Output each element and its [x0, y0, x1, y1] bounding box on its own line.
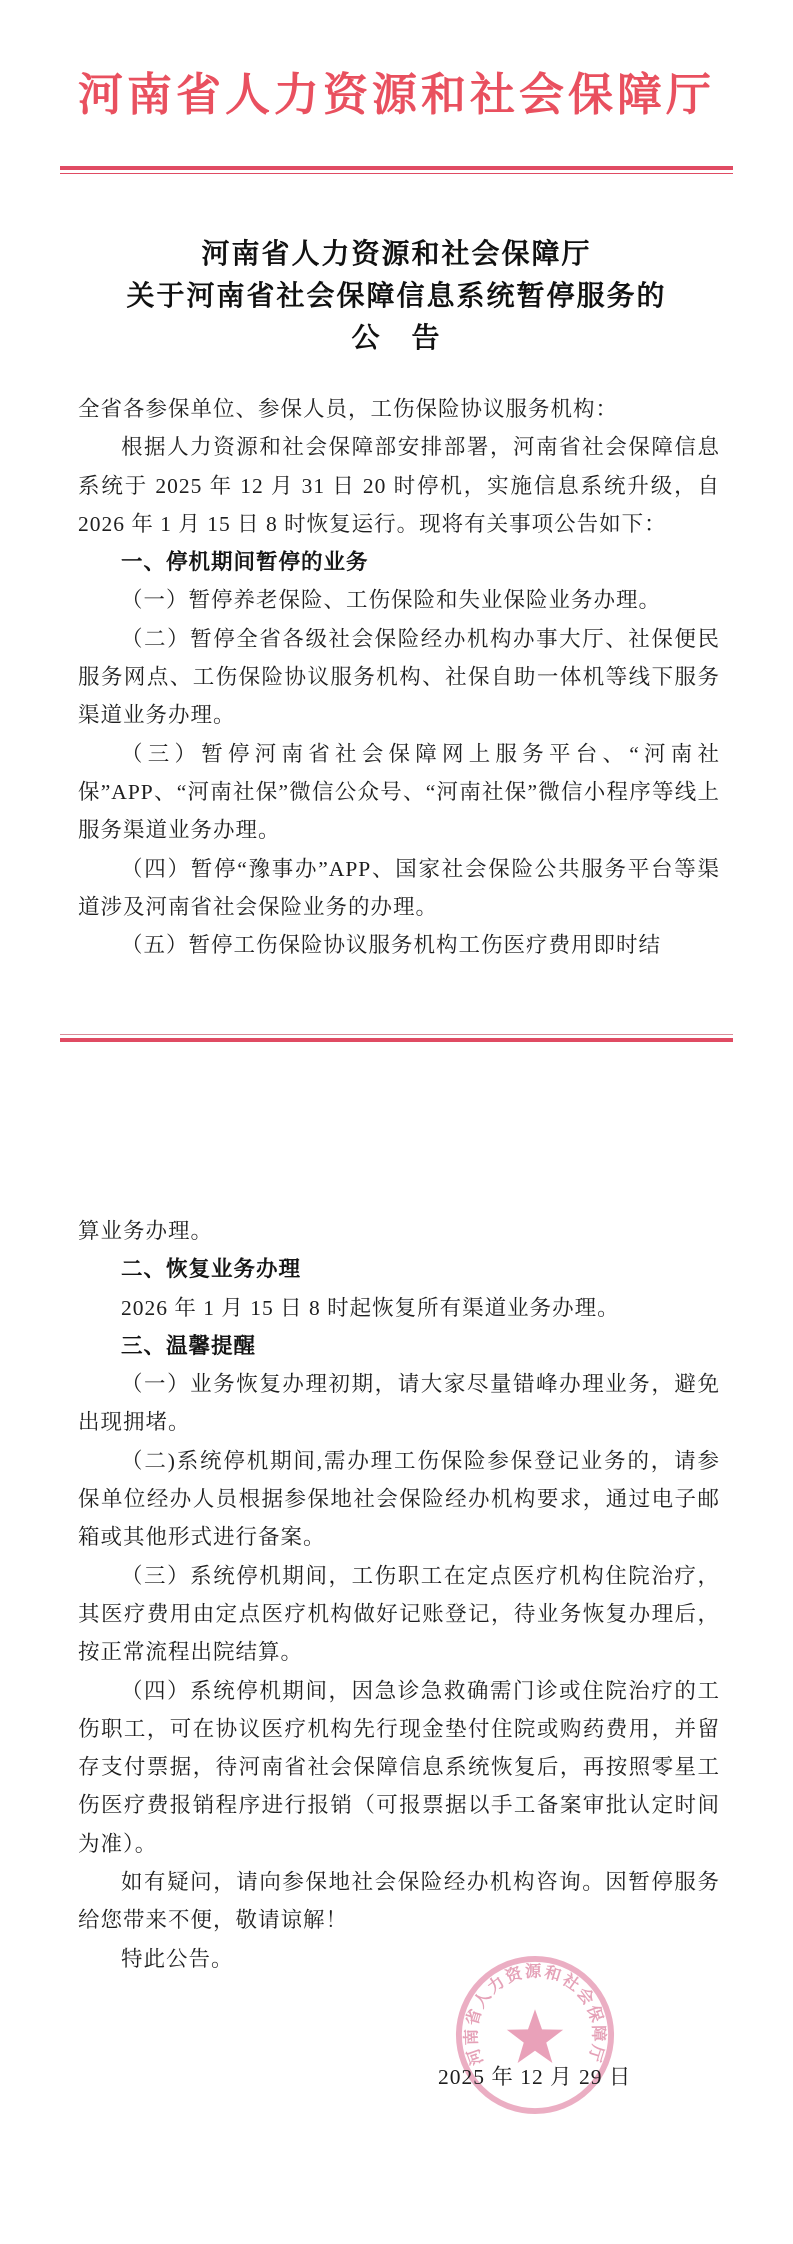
hereby-announced: 特此公告。	[78, 1940, 720, 1978]
agency-banner-title: 河南省人力资源和社会保障厅	[0, 58, 793, 123]
issue-date: 2025 年 12 月 29 日	[438, 2060, 631, 2091]
page-break-rule	[60, 1034, 733, 1042]
official-notice-document: 河南省人力资源和社会保障厅 河南省人力资源和社会保障厅 关于河南省社会保障信息系…	[0, 0, 793, 2244]
page1-body: 全省各参保单位、参保人员，工伤保险协议服务机构： 根据人力资源和社会保障部安排部…	[78, 390, 720, 964]
section-3-heading: 三、温馨提醒	[78, 1327, 720, 1365]
section-1-item-3: （三）暂停河南省社会保障网上服务平台、“河南社保”APP、“河南社保”微信公众号…	[78, 735, 720, 850]
section-1-item-5: （五）暂停工伤保险协议服务机构工伤医疗费用即时结	[78, 926, 720, 964]
continuation-line: 算业务办理。	[78, 1212, 720, 1250]
section-1-heading: 一、停机期间暂停的业务	[78, 543, 720, 581]
section-3-item-2: （二)系统停机期间,需办理工伤保险参保登记业务的，请参保单位经办人员根据参保地社…	[78, 1442, 720, 1557]
closing-paragraph: 如有疑问，请向参保地社会保险经办机构咨询。因暂停服务给您带来不便，敬请谅解！	[78, 1863, 720, 1940]
document-title-line3: 公 告	[40, 318, 753, 360]
salutation: 全省各参保单位、参保人员，工伤保险协议服务机构：	[78, 390, 720, 428]
section-1-item-2: （二）暂停全省各级社会保险经办机构办事大厅、社保便民服务网点、工伤保险协议服务机…	[78, 620, 720, 735]
intro-paragraph: 根据人力资源和社会保障部安排部署，河南省社会保障信息系统于 2025 年 12 …	[78, 428, 720, 543]
page2-body: 算业务办理。 二、恢复业务办理 2026 年 1 月 15 日 8 时起恢复所有…	[78, 1212, 720, 1978]
rule-thin	[60, 173, 733, 174]
document-title-line1: 河南省人力资源和社会保障厅	[40, 234, 753, 276]
section-2-heading: 二、恢复业务办理	[78, 1250, 720, 1288]
star-icon	[507, 2009, 563, 2063]
section-3-item-4: （四）系统停机期间，因急诊急救确需门诊或住院治疗的工伤职工，可在协议医疗机构先行…	[78, 1672, 720, 1863]
banner-double-rule	[60, 166, 733, 174]
section-1-item-4: （四）暂停“豫事办”APP、国家社会保险公共服务平台等渠道涉及河南省社会保险业务…	[78, 850, 720, 927]
seal-graphic: 河南省人力资源和社会保障厅	[452, 1952, 618, 2118]
document-title: 河南省人力资源和社会保障厅 关于河南省社会保障信息系统暂停服务的 公 告	[40, 234, 753, 360]
rule-thick	[60, 1038, 733, 1042]
section-3-item-3: （三）系统停机期间，工伤职工在定点医疗机构住院治疗，其医疗费用由定点医疗机构做好…	[78, 1557, 720, 1672]
document-title-line2: 关于河南省社会保障信息系统暂停服务的	[40, 276, 753, 318]
section-3-item-1: （一）业务恢复办理初期，请大家尽量错峰办理业务，避免出现拥堵。	[78, 1365, 720, 1442]
section-1-item-1: （一）暂停养老保险、工伤保险和失业保险业务办理。	[78, 581, 720, 619]
official-seal: 河南省人力资源和社会保障厅	[452, 1952, 618, 2118]
section-2-body: 2026 年 1 月 15 日 8 时起恢复所有渠道业务办理。	[78, 1289, 720, 1327]
